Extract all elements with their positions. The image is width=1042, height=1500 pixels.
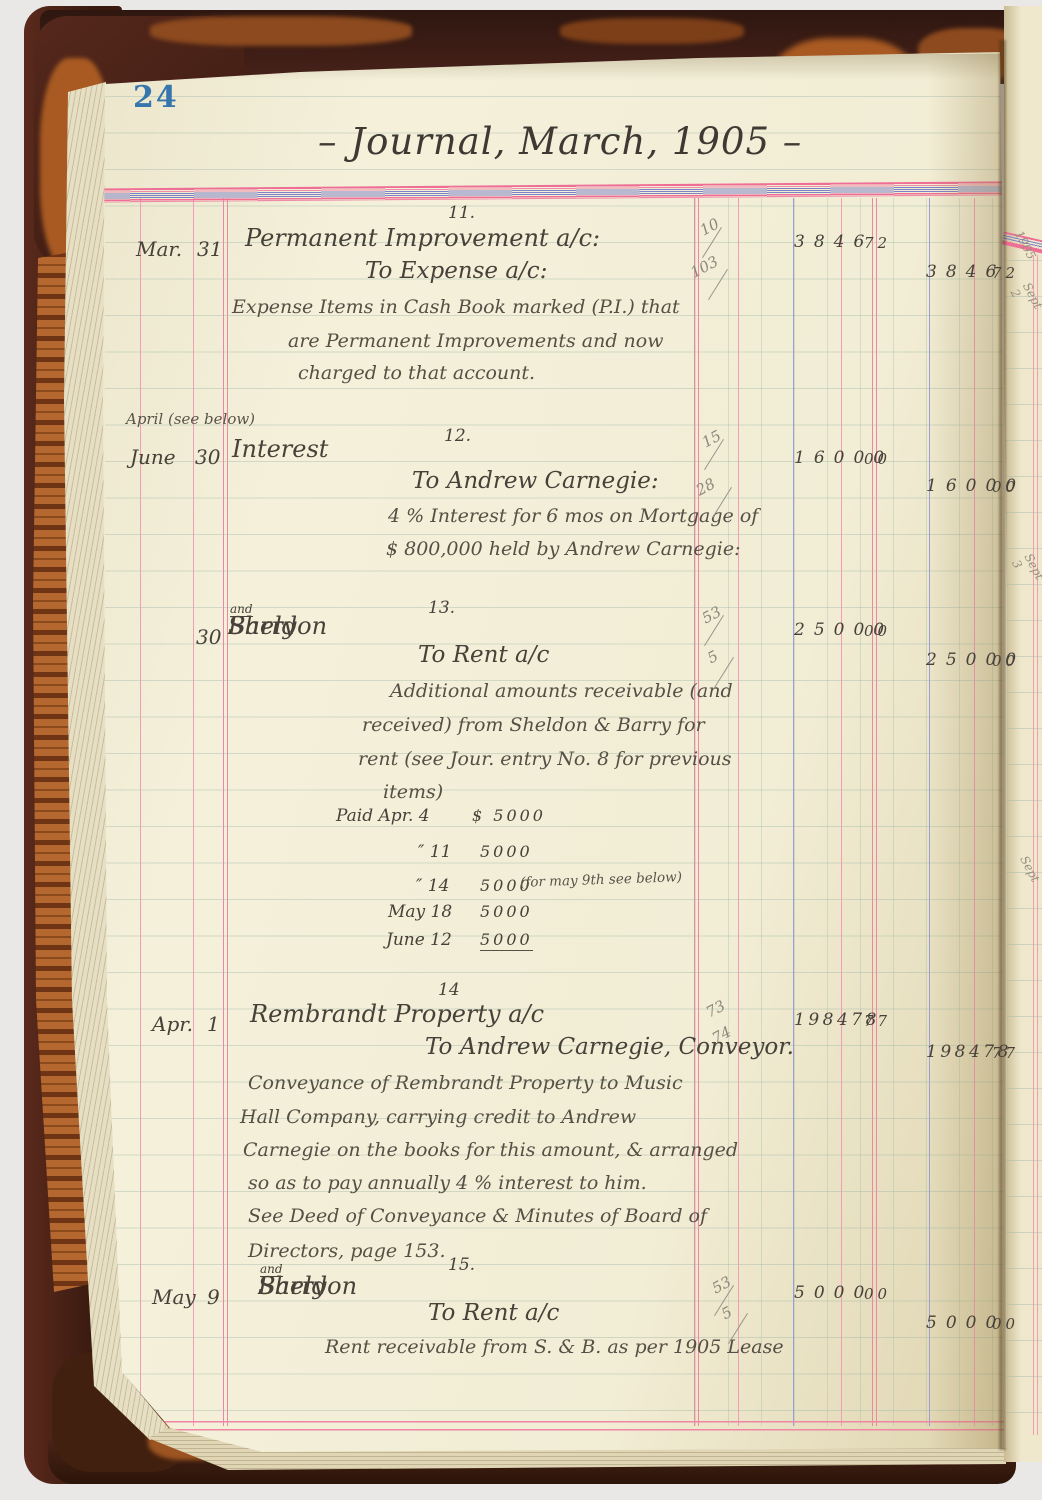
column-rule	[1033, 255, 1034, 1435]
journal-title: – Journal, March, 1905 –	[318, 120, 802, 163]
paid-row-label: ″ 11	[418, 842, 451, 862]
paid-row-label: ″ 14	[416, 876, 449, 896]
entry-description: $ 800,000 held by Andrew Carnegie:	[386, 538, 741, 560]
credit-account: To Andrew Carnegie:	[412, 468, 659, 494]
page-number: 24	[133, 80, 179, 115]
column-rule	[223, 198, 224, 1426]
entry-description: received) from Sheldon & Barry for	[362, 714, 705, 736]
entry-description: are Permanent Improvements and now	[288, 330, 664, 352]
entry-number: 11.	[448, 203, 475, 223]
entry-month: May	[152, 1285, 196, 1309]
column-rule	[698, 198, 699, 1426]
entry-month: June	[130, 445, 176, 469]
frayed-edge	[150, 16, 412, 46]
entry-day: 30	[196, 625, 221, 649]
entry-description: Hall Company, carrying credit to Andrew	[240, 1106, 636, 1128]
frayed-edge	[560, 18, 744, 44]
entry-day: 1	[207, 1012, 220, 1036]
paid-row-label: Paid Apr. 4	[336, 806, 430, 826]
gutter-crease	[999, 40, 1006, 1450]
column-rule	[876, 198, 877, 1426]
entry-description: charged to that account.	[298, 362, 535, 384]
entry-number: 14	[438, 980, 460, 1000]
column-rule	[738, 198, 739, 1426]
credit-account: To Expense a/c:	[365, 258, 547, 284]
entry-number: 12.	[444, 426, 471, 446]
paid-row-amount: 5000	[480, 930, 533, 951]
debit-account: Interest	[232, 435, 328, 463]
entry-description: items)	[383, 781, 443, 803]
credit-account: To Rent a/c	[428, 1300, 559, 1326]
entry-description: See Deed of Conveyance & Minutes of Boar…	[248, 1205, 707, 1227]
credit-account: To Andrew Carnegie, Conveyor.	[425, 1034, 794, 1060]
paid-row-label: May 18	[388, 902, 452, 922]
entry-day: 31	[197, 237, 222, 261]
journal-photo: 1905 Sept 2 Sept 3 Sept 24 – Journal, Ma…	[0, 0, 1042, 1500]
column-rule	[227, 198, 228, 1426]
entry-day: 30	[195, 445, 220, 469]
column-rule	[1037, 255, 1038, 1435]
paid-row-amount: $ 5000	[472, 806, 546, 825]
entry-number: 15.	[448, 1255, 475, 1275]
margin-note: April (see below)	[126, 410, 255, 428]
column-rule	[694, 198, 695, 1426]
column-rule	[793, 198, 794, 1426]
entry-description: Rent receivable from S. & B. as per 1905…	[325, 1336, 784, 1358]
entry-month: Mar.	[136, 237, 182, 261]
debit-account: Rembrandt Property a/c	[250, 1000, 544, 1028]
paid-row-amount: 5000	[480, 902, 533, 921]
entry-day: 9	[207, 1285, 220, 1309]
entry-description: rent (see Jour. entry No. 8 for previous	[358, 748, 732, 770]
footer-rule-band	[105, 1421, 1004, 1433]
entry-description: Expense Items in Cash Book marked (P.I.)…	[232, 296, 680, 318]
column-rule	[872, 198, 873, 1426]
column-rule	[193, 198, 194, 1426]
paid-row-amount: 5000	[480, 842, 533, 861]
paid-row-label: June 12	[386, 930, 452, 950]
column-rule	[841, 198, 842, 1426]
entry-month: Apr.	[152, 1012, 193, 1036]
entry-description: Directors, page 153.	[248, 1240, 446, 1262]
column-rule	[140, 198, 141, 1426]
entry-description: so as to pay annually 4 % interest to hi…	[248, 1172, 647, 1194]
debit-account: Permanent Improvement a/c:	[245, 224, 600, 252]
entry-description: 4 % Interest for 6 mos on Mortgage of	[388, 505, 758, 527]
entry-description: Additional amounts receivable (and	[390, 680, 733, 702]
entry-description: Conveyance of Rembrandt Property to Musi…	[248, 1072, 683, 1094]
entry-number: 13.	[428, 598, 455, 618]
entry-description: Carnegie on the books for this amount, &…	[243, 1139, 738, 1161]
credit-account: To Rent a/c	[418, 642, 549, 668]
